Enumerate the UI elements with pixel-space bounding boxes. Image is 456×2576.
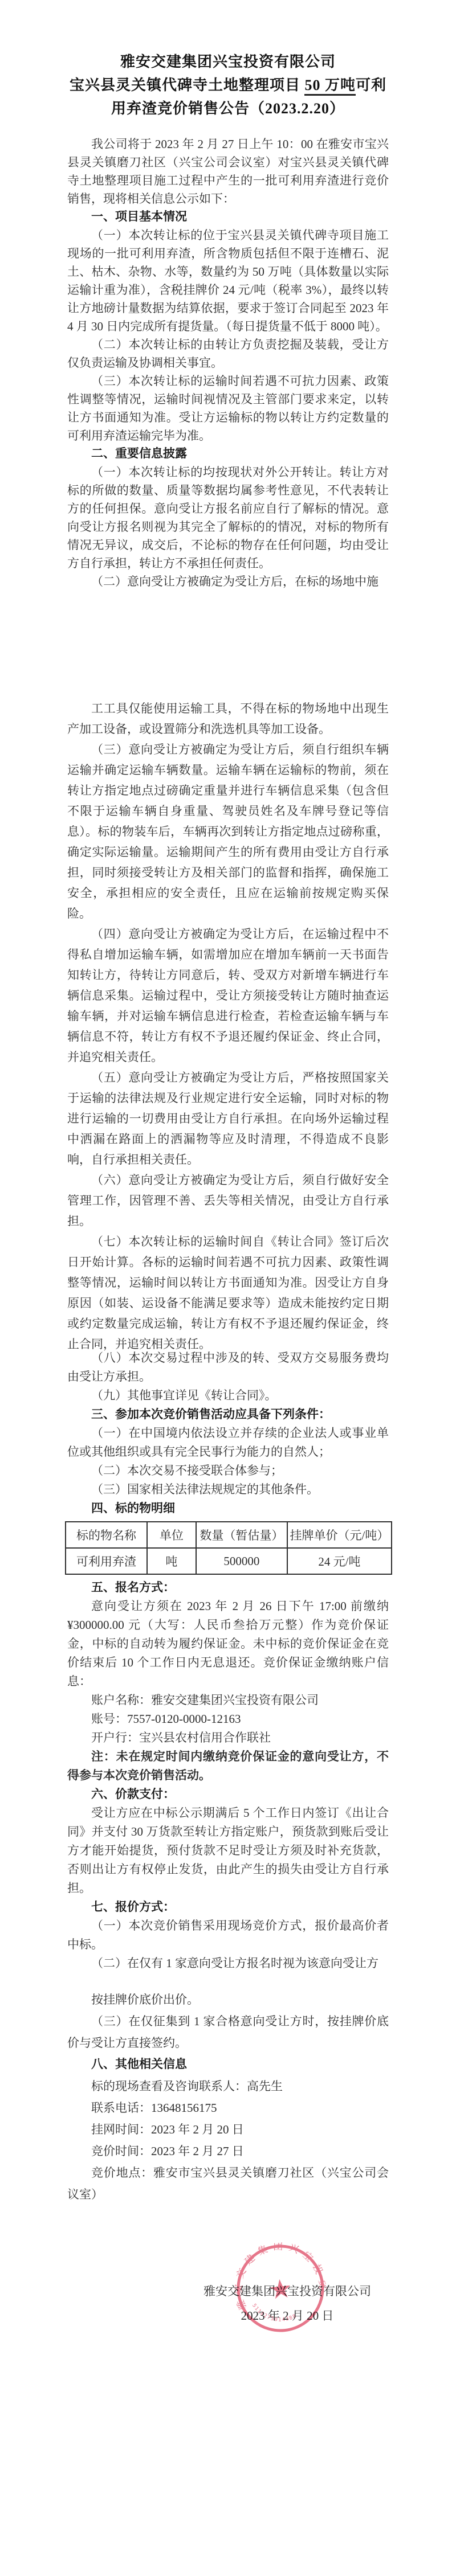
cell-quantity: 500000 (196, 1548, 287, 1574)
section-heading-subject-detail: 四、标的物明细 (67, 1499, 389, 1518)
paragraph: 意向受让方须在 2023 年 2 月 26 日下午 17:00 前缴纳 ¥300… (67, 1597, 389, 1691)
cell-unit: 吨 (147, 1548, 196, 1574)
section-heading-basic-info: 一、项目基本情况 (67, 208, 389, 226)
scanned-announcement: { "title": { "line1": "雅安交建集团兴宝投资有限公司", … (0, 0, 456, 2576)
paragraph: （二）本次转让标的由转让方负责挖掘及装载，受让方仅负责运输及协调相关事宜。 (67, 335, 389, 372)
col-header-unit-price: 挂牌单价（元/吨） (287, 1522, 392, 1548)
contact-person-line: 标的现场查看及咨询联系人：高先生 (67, 2075, 389, 2097)
cell-subject-name: 可利用弃渣 (66, 1548, 147, 1574)
paragraph: 受让方应在中标公示期满后 5 个工作日内签订《出让合同》并支付 30 万货款至转… (67, 1804, 389, 1898)
section-heading-other-info: 八、其他相关信息 (67, 2054, 389, 2075)
paragraph: （三）本次转让标的运输时间若遇不可抗力因素、政策性调整等情况，运输时间视情况及主… (67, 372, 389, 445)
col-header-unit: 单位 (147, 1522, 196, 1548)
section-heading-bidding: 七、报价方式： (67, 1898, 389, 1916)
paragraph-partial: （二）在仅有 1 家意向受让方报名时视为该意向受让方 (67, 1954, 389, 1973)
paragraph: （六）意向受让方被确定为受让方后，须自行做好安全管理工作，因管理不善、丢失等相关… (67, 1170, 389, 1231)
paragraph: （一）本次转让标的位于宝兴县灵关镇代碑寺项目施工现场的一批可利用弃渣，所含物质包… (67, 226, 389, 335)
title-line-2: 宝兴县灵关镇代碑寺土地整理项目 50 万吨可利 (59, 73, 397, 97)
table-row: 可利用弃渣 吨 500000 24 元/吨 (66, 1548, 392, 1574)
section-heading-conditions: 三、参加本次竞价销售活动应具备下列条件： (67, 1405, 389, 1424)
page-1: 雅安交建集团兴宝投资有限公司 宝兴县灵关镇代碑寺土地整理项目 50 万吨可利 用… (0, 50, 456, 591)
title-line-1: 雅安交建集团兴宝投资有限公司 (59, 50, 397, 73)
underlined-quantity: 50 万吨 (304, 77, 356, 96)
paragraph: （九）其他事宜详见《转让合同》。 (67, 1386, 389, 1405)
account-name-line: 账户名称：雅安交建集团兴宝投资有限公司 (67, 1691, 389, 1710)
document-title: 雅安交建集团兴宝投资有限公司 宝兴县灵关镇代碑寺土地整理项目 50 万吨可利 用… (59, 50, 397, 120)
paragraph: （七）本次转让标的运输时间自《转让合同》签订后次日开始计算。各标的运输时间若遇不… (67, 1231, 389, 1354)
seal-star-icon: ★ (267, 2274, 294, 2305)
note-paragraph: 注：未在规定时间内缴纳竞价保证金的意向受让方，不得参与本次竞价销售活动。 (67, 1747, 389, 1785)
paragraph-continuation: 按挂牌价底价出价。 (67, 1989, 389, 2010)
paragraph: （三）在仅征集到 1 家合格意向受让方时，按挂牌价底价与受让方直接签约。 (67, 2010, 389, 2054)
contact-phone-line: 联系电话：13648156175 (67, 2097, 389, 2119)
paragraph-partial: （二）意向受让方被确定为受让方后，在标的场地中施 (67, 572, 389, 591)
subject-detail-table: 标的物名称 单位 数量（暂估量） 挂牌单价（元/吨） 可利用弃渣 吨 50000… (65, 1521, 392, 1575)
col-header-quantity: 数量（暂估量） (196, 1522, 287, 1548)
paragraph: （三）意向受让方被确定为受让方后，须自行组织车辆运输并确定运输车辆数量。运输车辆… (67, 739, 389, 924)
bid-time-line: 竞价时间：2023 年 2 月 27 日 (67, 2140, 389, 2162)
table-header-row: 标的物名称 单位 数量（暂估量） 挂牌单价（元/吨） (66, 1522, 392, 1548)
paragraph: （一）在中国境内依法设立并存续的企业法人或事业单位或其他组织或具有完全民事行为能… (67, 1424, 389, 1461)
page-2: 工工具仅能使用运输工具，不得在标的物场地中出现生产加工设备，或设置筛分和洗选机具… (0, 698, 456, 1354)
bank-line: 开户行：宝兴县农村信用合作联社 (67, 1729, 389, 1747)
cell-unit-price: 24 元/吨 (287, 1548, 392, 1574)
paragraph: （八）本次交易过程中涉及的转、受双方交易服务费均由受让方承担。 (67, 1349, 389, 1386)
paragraph: （一）本次转让标的均按现状对外公开转让。转让方对标的所做的数量、质量等数据均属参… (67, 463, 389, 572)
paragraph-continuation: 工工具仅能使用运输工具，不得在标的物场地中出现生产加工设备，或设置筛分和洗选机具… (67, 698, 389, 739)
title-line-3: 用弃渣竞价销售公告（2023.2.20） (59, 97, 397, 120)
bid-place-line: 竞价地点：雅安市宝兴县灵关镇磨刀社区（兴宝公司会议室） (67, 2162, 389, 2205)
intro-paragraph: 我公司将于 2023 年 2 月 27 日上午 10：00 在雅安市宝兴县灵关镇… (67, 135, 389, 208)
publish-time-line: 挂网时间：2023 年 2 月 20 日 (67, 2119, 389, 2140)
section-heading-disclosure: 二、重要信息披露 (67, 445, 389, 463)
paragraph: （五）意向受让方被确定为受让方后，严格按照国家关于运输的法律法规及行业规定进行安… (67, 1067, 389, 1170)
paragraph: （二）本次交易不接受联合体参与； (67, 1461, 389, 1480)
col-header-subject-name: 标的物名称 (66, 1522, 147, 1548)
paragraph: （一）本次竞价销售采用现场竞价方式，报价最高价者中标。 (67, 1916, 389, 1954)
section-heading-payment: 六、价款支付： (67, 1785, 389, 1804)
account-number-line: 账号：7557-0120-0000-12163 (67, 1710, 389, 1729)
section-heading-signup: 五、报名方式： (67, 1578, 389, 1597)
company-seal: 雅安交建集团兴宝投资有限公司 ★ 5118275014388 (230, 2238, 331, 2339)
page-3: （八）本次交易过程中涉及的转、受双方交易服务费均由受让方承担。 （九）其他事宜详… (0, 1349, 456, 1973)
paragraph: （四）意向受让方被确定为受让方后，在运输过程中不得私自增加运输车辆，如需增加应在… (67, 924, 389, 1067)
page-4: 按挂牌价底价出价。 （三）在仅征集到 1 家合格意向受让方时，按挂牌价底价与受让… (0, 1989, 456, 2205)
paragraph: （三）国家相关法律法规规定的其他条件。 (67, 1480, 389, 1499)
